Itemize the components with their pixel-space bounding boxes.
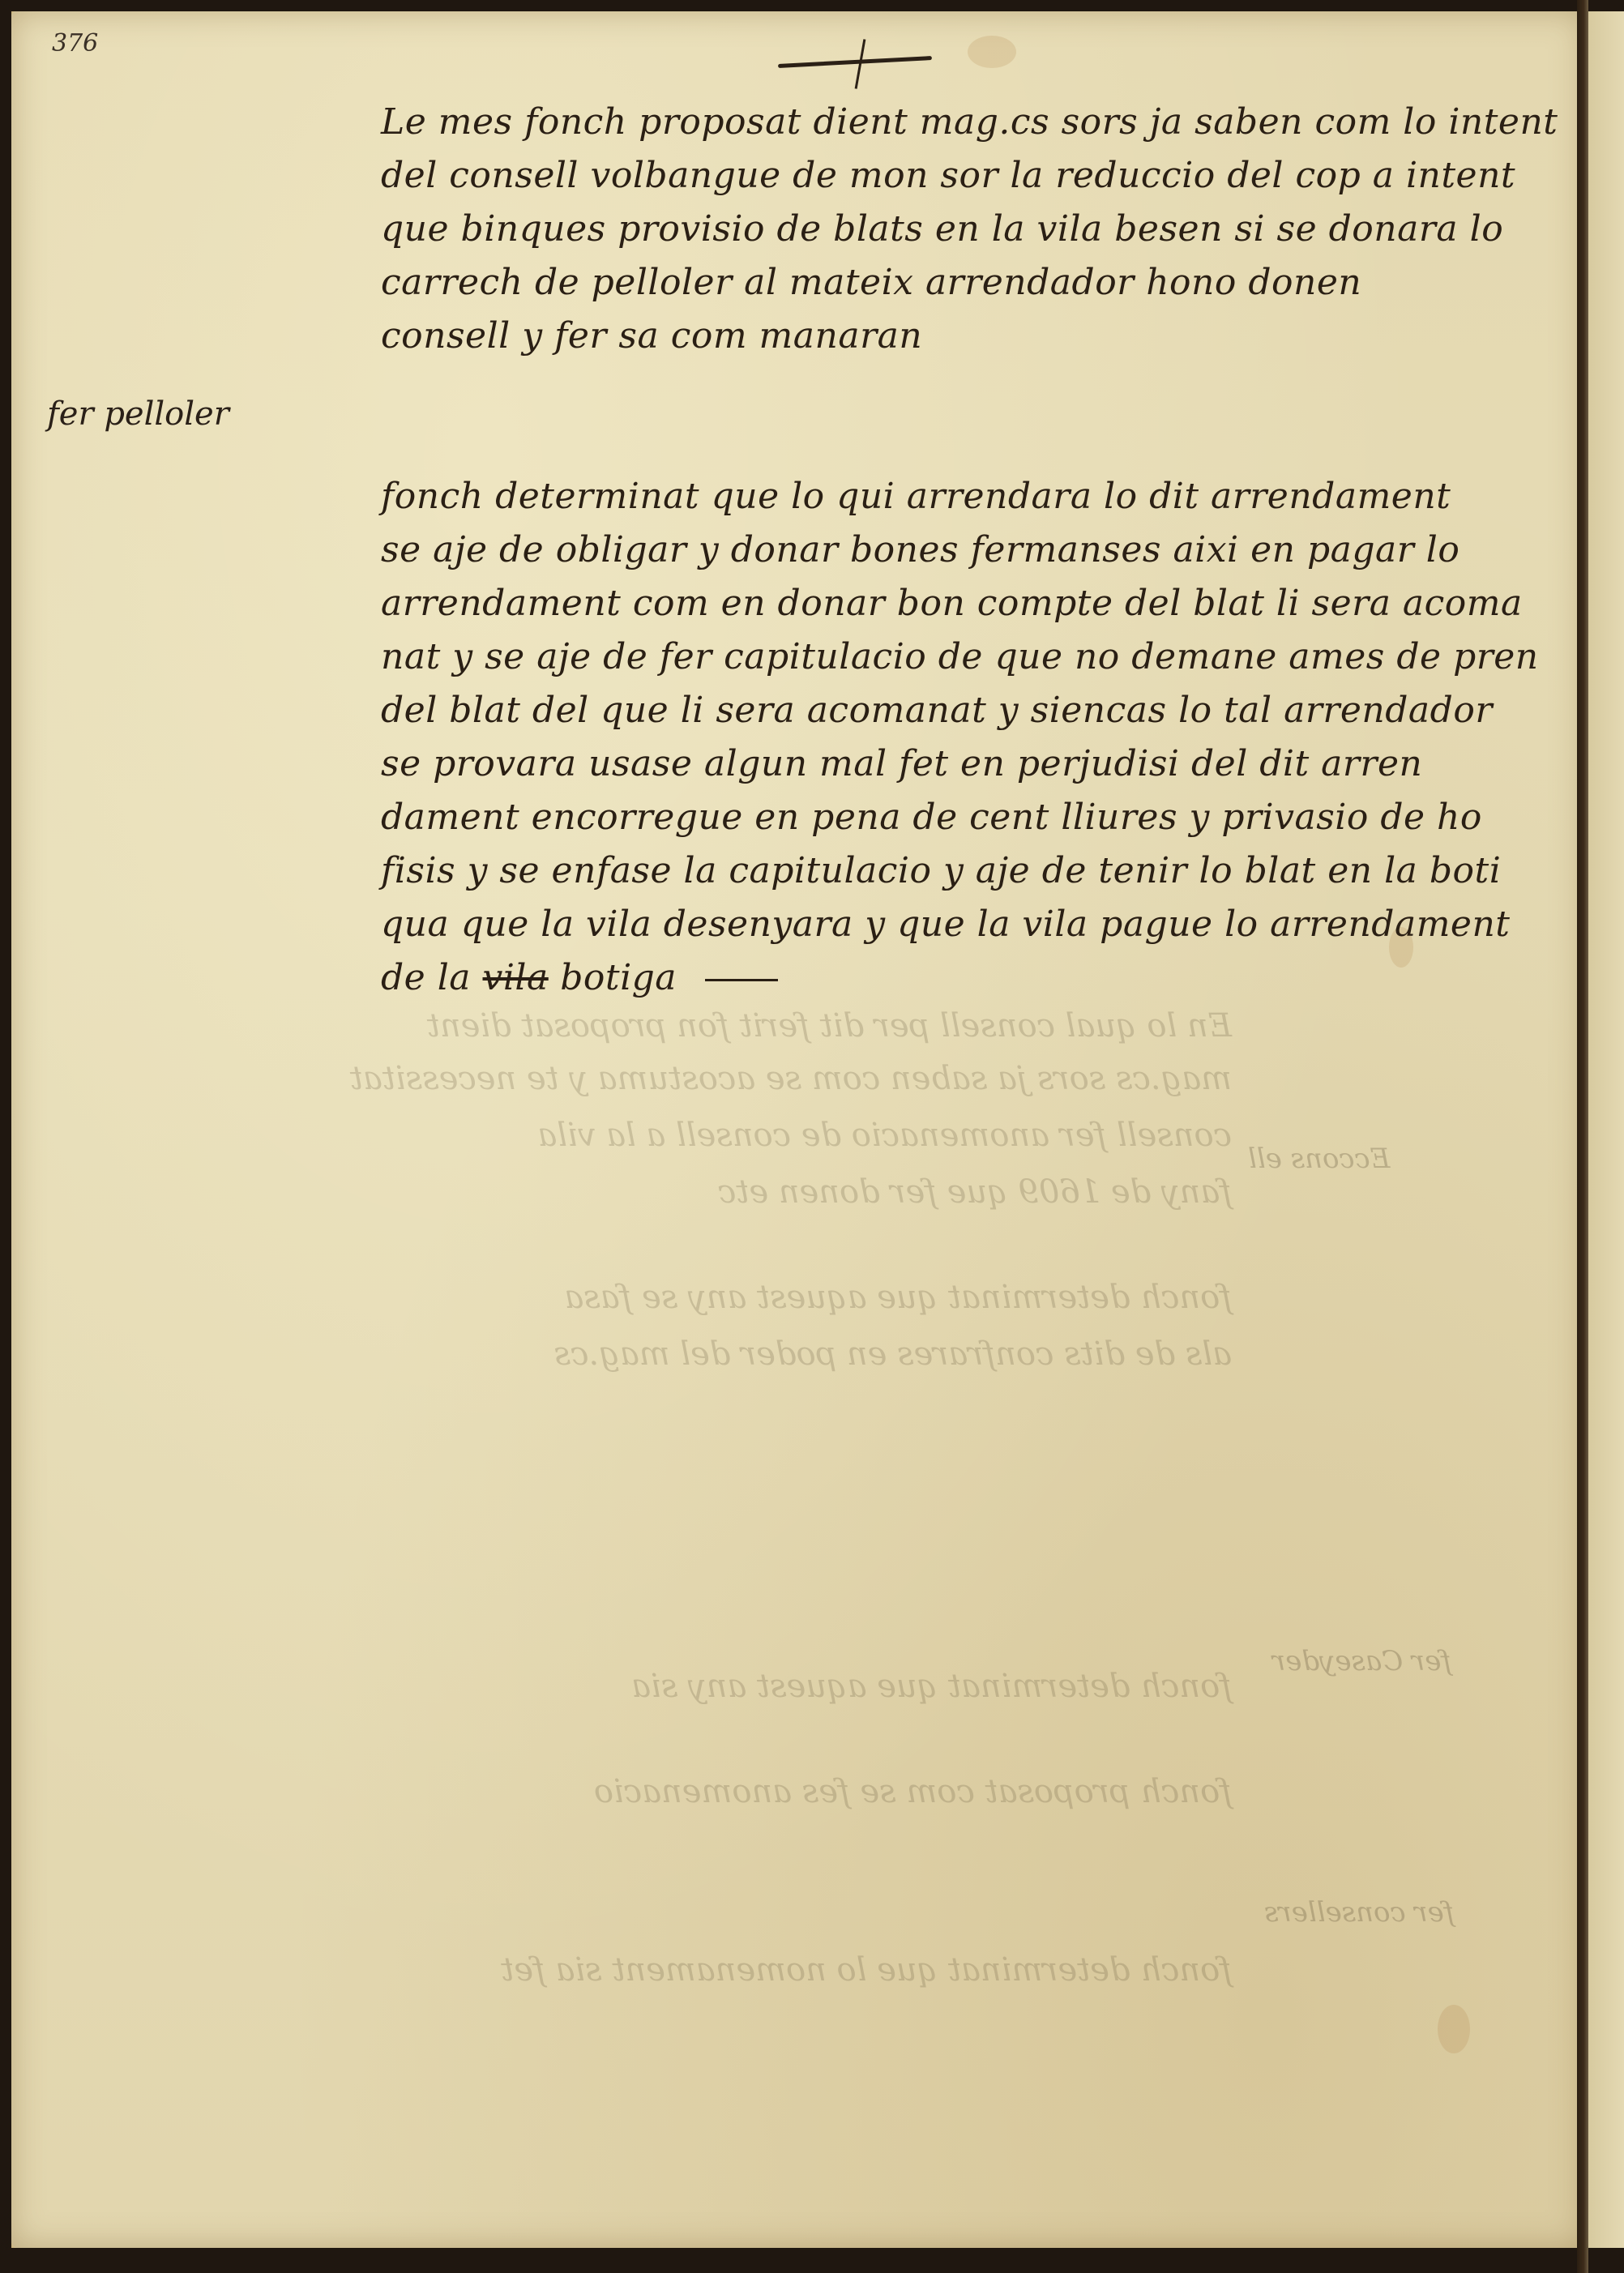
final-prefix: de la — [381, 957, 471, 998]
text-line: se aje de obligar y donar bones fermanse… — [381, 523, 1564, 577]
bleed-line: En lo qual consell per dit ferit fon pro… — [32, 1001, 1232, 1051]
stain — [968, 36, 1016, 68]
text-line: del consell volbangue de mon sor la redu… — [381, 149, 1564, 203]
bleed-line: fonch determinat que lo nomenament sia f… — [32, 1945, 1232, 1995]
bleed-line: fonch determinat que aquest any se fasa — [32, 1272, 1232, 1322]
entry-1: Le mes fonch proposat dient mag.cs sors … — [381, 96, 1564, 363]
adjacent-page-edge — [1588, 11, 1624, 2248]
text-line: nat y se aje de fer capitulacio de que n… — [381, 630, 1564, 684]
line-filler-rule — [705, 979, 778, 981]
cross-mark-icon — [778, 47, 932, 79]
margin-note: fer pelloler — [47, 395, 229, 433]
text-line: consell y fer sa com manaran — [381, 310, 1564, 363]
bleed-line: consell fer anomenacio de consell a la v… — [32, 1110, 1232, 1160]
bleed-line: mag.cs sors ja saben com se acostuma y t… — [32, 1053, 1232, 1104]
struck-word: vila — [483, 957, 549, 998]
text-line: del blat del que li sera acomanat y sien… — [381, 684, 1564, 737]
bleed-line: fonch proposat com se fes anomenacio — [32, 1767, 1232, 1817]
text-line: arrendament com en donar bon compte del … — [381, 577, 1564, 630]
text-line: carrech de pelloler al mateix arrendador… — [381, 256, 1564, 310]
text-line: qua que la vila desenyara y que la vila … — [381, 898, 1564, 951]
text-line: Le mes fonch proposat dient mag.cs sors … — [381, 96, 1564, 149]
folio-number: 376 — [52, 29, 98, 58]
text-line: que binques provisio de blats en la vila… — [381, 203, 1564, 256]
entry-2: fonch determinat que lo qui arrendara lo… — [381, 470, 1564, 1005]
text-line: fisis y se enfase la capitulacio y aje d… — [381, 844, 1564, 898]
bleed-line: fonch determinat que aquest any sia — [32, 1661, 1232, 1711]
stain — [1438, 2005, 1470, 2053]
bleed-line: fany de 1609 que fer donen etc — [32, 1167, 1232, 1217]
bleed-line: als de dits confrares en poder del mag.c… — [32, 1329, 1232, 1379]
text-line: fonch determinat que lo qui arrendara lo… — [381, 470, 1564, 523]
book-gutter — [1577, 0, 1588, 2273]
text-line: se provara usase algun mal fet en perjud… — [381, 737, 1564, 791]
final-suffix: botiga — [560, 957, 677, 998]
bleed-margin-note: fer consellers — [1264, 1896, 1454, 1929]
bleed-margin-note: fer Caseyder — [1272, 1645, 1451, 1677]
bleed-margin-note: Eccons ell — [1248, 1143, 1390, 1175]
text-line-final: de la vila botiga — [381, 951, 1564, 1005]
text-line: dament encorregue en pena de cent lliure… — [381, 791, 1564, 844]
